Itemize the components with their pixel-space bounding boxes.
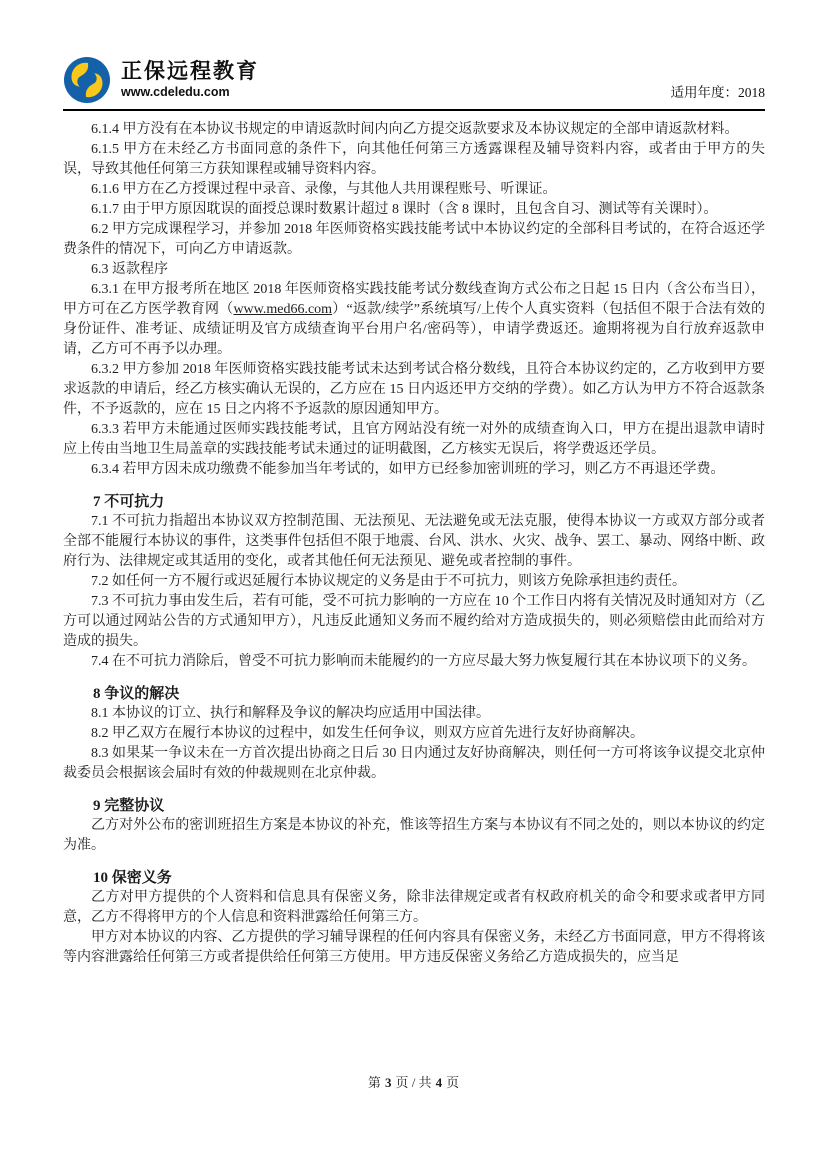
footer-text: 页 / 共 [395, 1075, 431, 1090]
footer-text: 页 [446, 1075, 459, 1090]
paragraph: 6.3.4 若甲方因未成功缴费不能参加当年考试的，如甲方已经参加密训班的学习，则… [63, 460, 765, 480]
paragraph: 7.1 不可抗力指超出本协议双方控制范围、无法预见、无法避免或无法克服，使得本协… [63, 512, 765, 572]
brand-url: www.cdeledu.com [121, 85, 259, 100]
footer-text: 第 [368, 1075, 381, 1090]
paragraph: 6.1.4 甲方没有在本协议书规定的申请返款时间内向乙方提交返款要求及本协议规定… [63, 120, 765, 140]
paragraph: 乙方对外公布的密训班招生方案是本协议的补充，惟该等招生方案与本协议有不同之处的，… [63, 816, 765, 856]
paragraph: 6.3.1 在甲方报考所在地区 2018 年医师资格实践技能考试分数线查询方式公… [63, 280, 765, 360]
paragraph: 6.3 返款程序 [63, 260, 765, 280]
page-footer: 第3页 / 共4页 [0, 1072, 827, 1091]
med66-url-link[interactable]: www.med66.com [233, 302, 332, 317]
document-body: 6.1.4 甲方没有在本协议书规定的申请返款时间内向乙方提交返款要求及本协议规定… [63, 120, 765, 968]
paragraph: 7.3 不可抗力事由发生后，若有可能，受不可抗力影响的一方应在 10 个工作日内… [63, 592, 765, 652]
paragraph: 7.2 如任何一方不履行或迟延履行本协议规定的义务是由于不可抗力，则该方免除承担… [63, 572, 765, 592]
paragraph: 6.1.6 甲方在乙方授课过程中录音、录像，与其他人共用课程账号、听课证。 [63, 180, 765, 200]
paragraph: 8.1 本协议的订立、执行和解释及争议的解决均应适用中国法律。 [63, 704, 765, 724]
document-page: 正保远程教育 www.cdeledu.com 适用年度：2018 6.1.4 甲… [0, 0, 827, 1169]
paragraph: 8.2 甲乙双方在履行本协议的过程中，如发生任何争议，则双方应首先进行友好协商解… [63, 724, 765, 744]
paragraph: 8.3 如果某一争议未在一方首次提出协商之日后 30 日内通过友好协商解决，则任… [63, 744, 765, 784]
paragraph: 6.1.7 由于甲方原因耽误的面授总课时数累计超过 8 课时（含 8 课时，且包… [63, 200, 765, 220]
section-heading: 9 完整协议 [63, 796, 765, 816]
header-divider [63, 109, 765, 111]
paragraph: 6.2 甲方完成课程学习，并参加 2018 年医师资格实践技能考试中本协议约定的… [63, 220, 765, 260]
applicable-year-label: 适用年度：2018 [671, 81, 766, 104]
paragraph: 6.3.2 甲方参加 2018 年医师资格实践技能考试未达到考试合格分数线，且符… [63, 360, 765, 420]
logo-text: 正保远程教育 www.cdeledu.com [121, 60, 259, 99]
header: 正保远程教育 www.cdeledu.com 适用年度：2018 [63, 56, 765, 104]
paragraph: 甲方对本协议的内容、乙方提供的学习辅导课程的任何内容具有保密义务，未经乙方书面同… [63, 928, 765, 968]
current-page-number: 3 [385, 1075, 392, 1090]
brand-name: 正保远程教育 [121, 60, 259, 84]
logo: 正保远程教育 www.cdeledu.com [63, 56, 259, 104]
paragraph: 乙方对甲方提供的个人资料和信息具有保密义务，除非法律规定或者有权政府机关的命令和… [63, 888, 765, 928]
section-heading: 8 争议的解决 [63, 684, 765, 704]
paragraph: 7.4 在不可抗力消除后，曾受不可抗力影响而未能履约的一方应尽最大努力恢复履行其… [63, 652, 765, 672]
section-heading: 7 不可抗力 [63, 492, 765, 512]
section-heading: 10 保密义务 [63, 868, 765, 888]
brand-swirl-icon [63, 56, 111, 104]
total-pages-number: 4 [436, 1075, 443, 1090]
paragraph: 6.1.5 甲方在未经乙方书面同意的条件下，向其他任何第三方透露课程及辅导资料内… [63, 140, 765, 180]
paragraph: 6.3.3 若甲方未能通过医师实践技能考试，且官方网站没有统一对外的成绩查询入口… [63, 420, 765, 460]
